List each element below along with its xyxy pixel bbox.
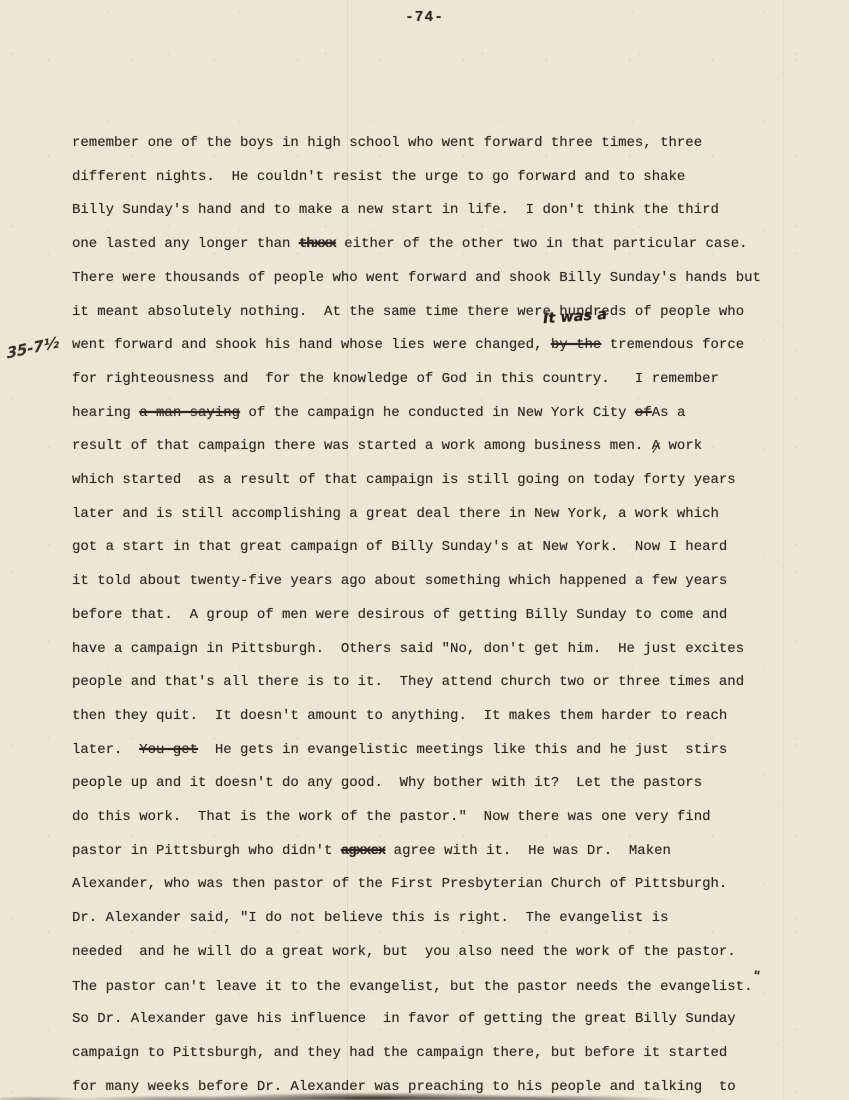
typed-line: got a start in that great campaign of Bi… bbox=[72, 531, 829, 565]
typed-line: went forward and shook his hand whose li… bbox=[72, 329, 829, 363]
typed-line: result of that campaign there was starte… bbox=[72, 430, 829, 464]
typed-line: it told about twenty-five years ago abou… bbox=[72, 565, 829, 599]
typed-line: different nights. He couldn't resist the… bbox=[72, 161, 829, 195]
typed-line: So Dr. Alexander gave his influence in f… bbox=[72, 1003, 829, 1037]
typed-line: one lasted any longer than thxxx either … bbox=[72, 228, 829, 262]
typed-line: people up and it doesn't do any good. Wh… bbox=[72, 767, 829, 801]
typed-line: The pastor can't leave it to the evangel… bbox=[72, 970, 829, 1004]
typed-line: which started as a result of that campai… bbox=[72, 464, 829, 498]
page-number: -74- bbox=[0, 10, 849, 26]
typed-line: Alexander, who was then pastor of the Fi… bbox=[72, 868, 829, 902]
typed-line: have a campaign in Pittsburgh. Others sa… bbox=[72, 633, 829, 667]
typed-line: do this work. That is the work of the pa… bbox=[72, 801, 829, 835]
typed-line: it meant absolutely nothing. At the same… bbox=[72, 296, 829, 330]
typed-line: There were thousands of people who went … bbox=[72, 262, 829, 296]
typed-line: then they quit. It doesn't amount to any… bbox=[72, 700, 829, 734]
typed-body: remember one of the boys in high school … bbox=[72, 127, 829, 1100]
typed-line: for many weeks before Dr. Alexander was … bbox=[72, 1071, 829, 1100]
typed-line: pastor in Pittsburgh who didn't agxxex a… bbox=[72, 835, 829, 869]
typed-line: hearing a man saying of the campaign he … bbox=[72, 397, 829, 431]
typed-line: Billy Sunday's hand and to make a new st… bbox=[72, 194, 829, 228]
typed-line: people and that's all there is to it. Th… bbox=[72, 666, 829, 700]
typed-line: campaign to Pittsburgh, and they had the… bbox=[72, 1037, 829, 1071]
typed-line: remember one of the boys in high school … bbox=[72, 127, 829, 161]
typed-line: Dr. Alexander said, "I do not believe th… bbox=[72, 902, 829, 936]
typed-line: later. You get He gets in evangelistic m… bbox=[72, 734, 829, 768]
typed-line: for righteousness and for the knowledge … bbox=[72, 363, 829, 397]
typed-line: needed and he will do a great work, but … bbox=[72, 936, 829, 970]
typescript-page: -74- 35-7½ remember one of the boys in h… bbox=[0, 0, 849, 1100]
typed-line: before that. A group of men were desirou… bbox=[72, 599, 829, 633]
typed-line: later and is still accomplishing a great… bbox=[72, 498, 829, 532]
